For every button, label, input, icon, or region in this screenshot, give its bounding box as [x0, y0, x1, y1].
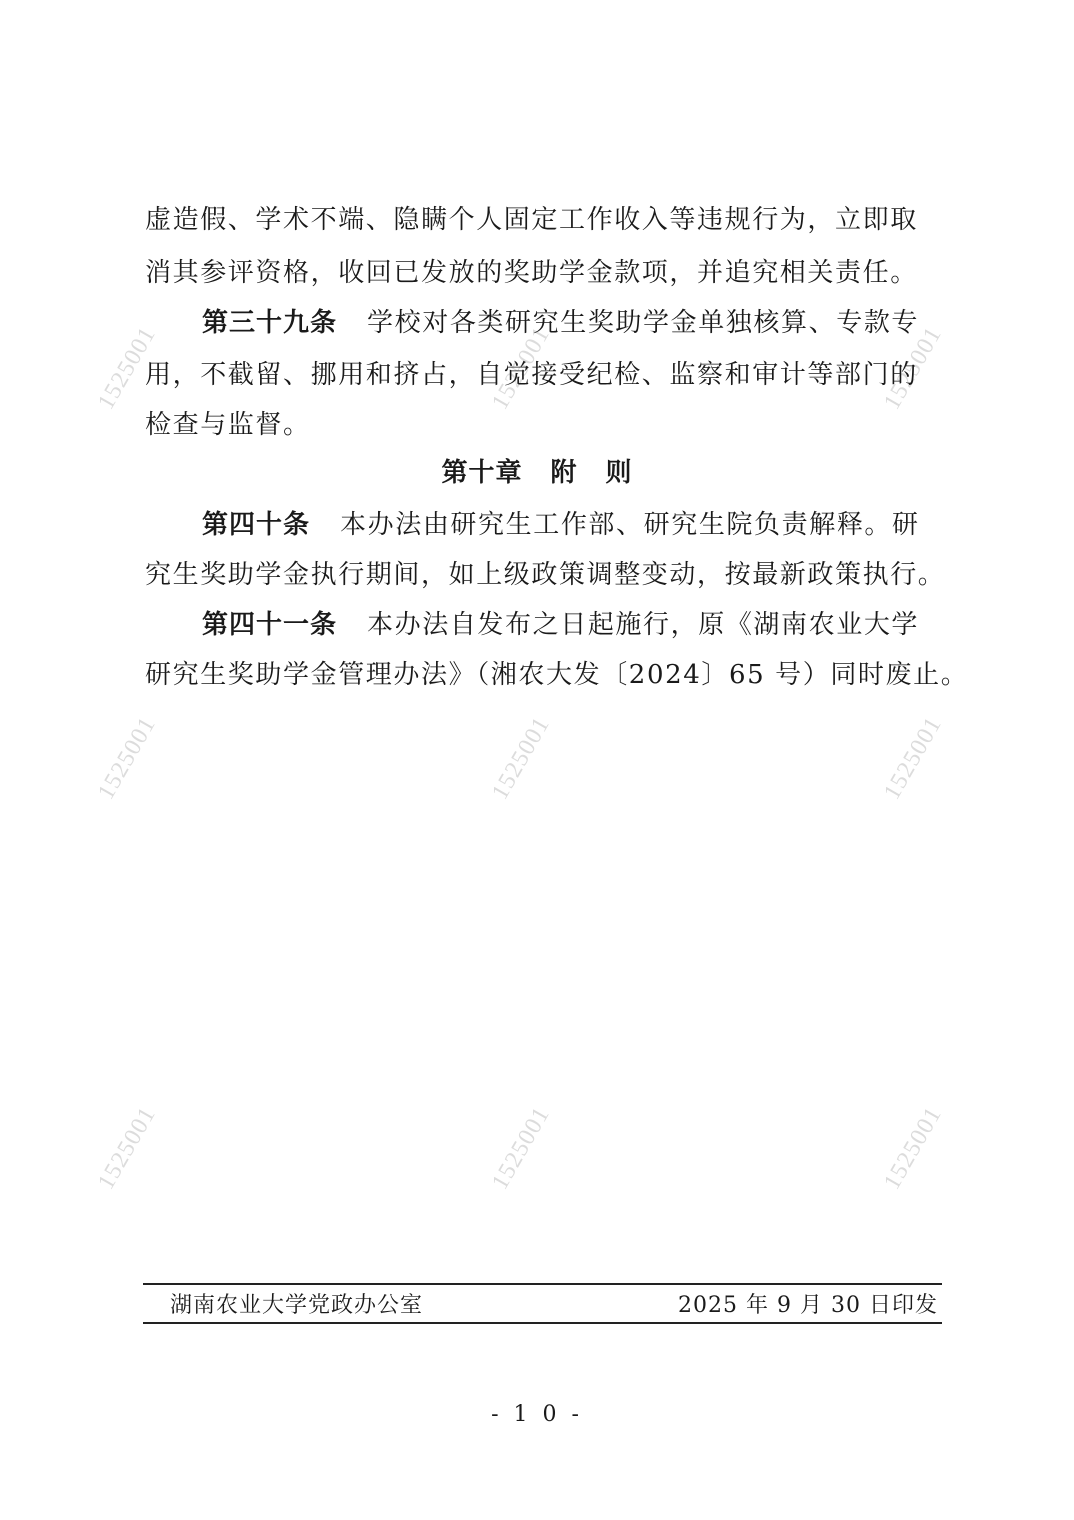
issue-date: 2025 年 9 月 30 日印发	[678, 1293, 938, 1319]
watermark: 1525001	[487, 712, 556, 804]
watermark: 1525001	[487, 1102, 556, 1194]
body-line: 用，不截留、挪用和挤占，自觉接受纪检、监察和审计等部门的	[145, 360, 945, 390]
body-line: 检查与监督。	[145, 410, 945, 440]
article-39-text: 学校对各类研究生奖助学金单独核算、专款专	[367, 308, 919, 338]
watermark: 1525001	[879, 712, 948, 804]
article-39: 第三十九条学校对各类研究生奖助学金单独核算、专款专	[202, 308, 1002, 338]
article-40-title: 第四十条	[202, 510, 310, 540]
document-page: 1525001 1525001 1525001 1525001 1525001 …	[0, 0, 1074, 1520]
article-41: 第四十一条本办法自发布之日起施行，原《湖南农业大学	[202, 610, 1002, 640]
watermark: 1525001	[93, 1102, 162, 1194]
chapter-heading: 第十章附则	[0, 458, 1074, 488]
body-line: 究生奖助学金执行期间，如上级政策调整变动，按最新政策执行。	[145, 560, 945, 590]
body-line: 虚造假、学术不端、隐瞒个人固定工作收入等违规行为，立即取	[145, 205, 945, 235]
watermark: 1525001	[93, 712, 162, 804]
article-41-title: 第四十一条	[202, 610, 337, 640]
article-40-text: 本办法由研究生工作部、研究生院负责解释。研	[340, 510, 920, 540]
article-41-text: 本办法自发布之日起施行，原《湖南农业大学	[367, 610, 919, 640]
page-number: - 1 0 -	[0, 1402, 1074, 1427]
issuer: 湖南农业大学党政办公室	[170, 1293, 423, 1319]
body-line: 消其参评资格，收回已发放的奖助学金款项，并追究相关责任。	[145, 258, 945, 288]
footer-top-rule	[143, 1283, 942, 1285]
footer-bottom-rule	[143, 1322, 942, 1324]
body-line: 研究生奖助学金管理办法》（湘农大发〔2024〕65 号）同时废止。	[145, 660, 945, 690]
article-39-title: 第三十九条	[202, 308, 337, 338]
watermark: 1525001	[879, 1102, 948, 1194]
article-40: 第四十条本办法由研究生工作部、研究生院负责解释。研	[202, 510, 1002, 540]
